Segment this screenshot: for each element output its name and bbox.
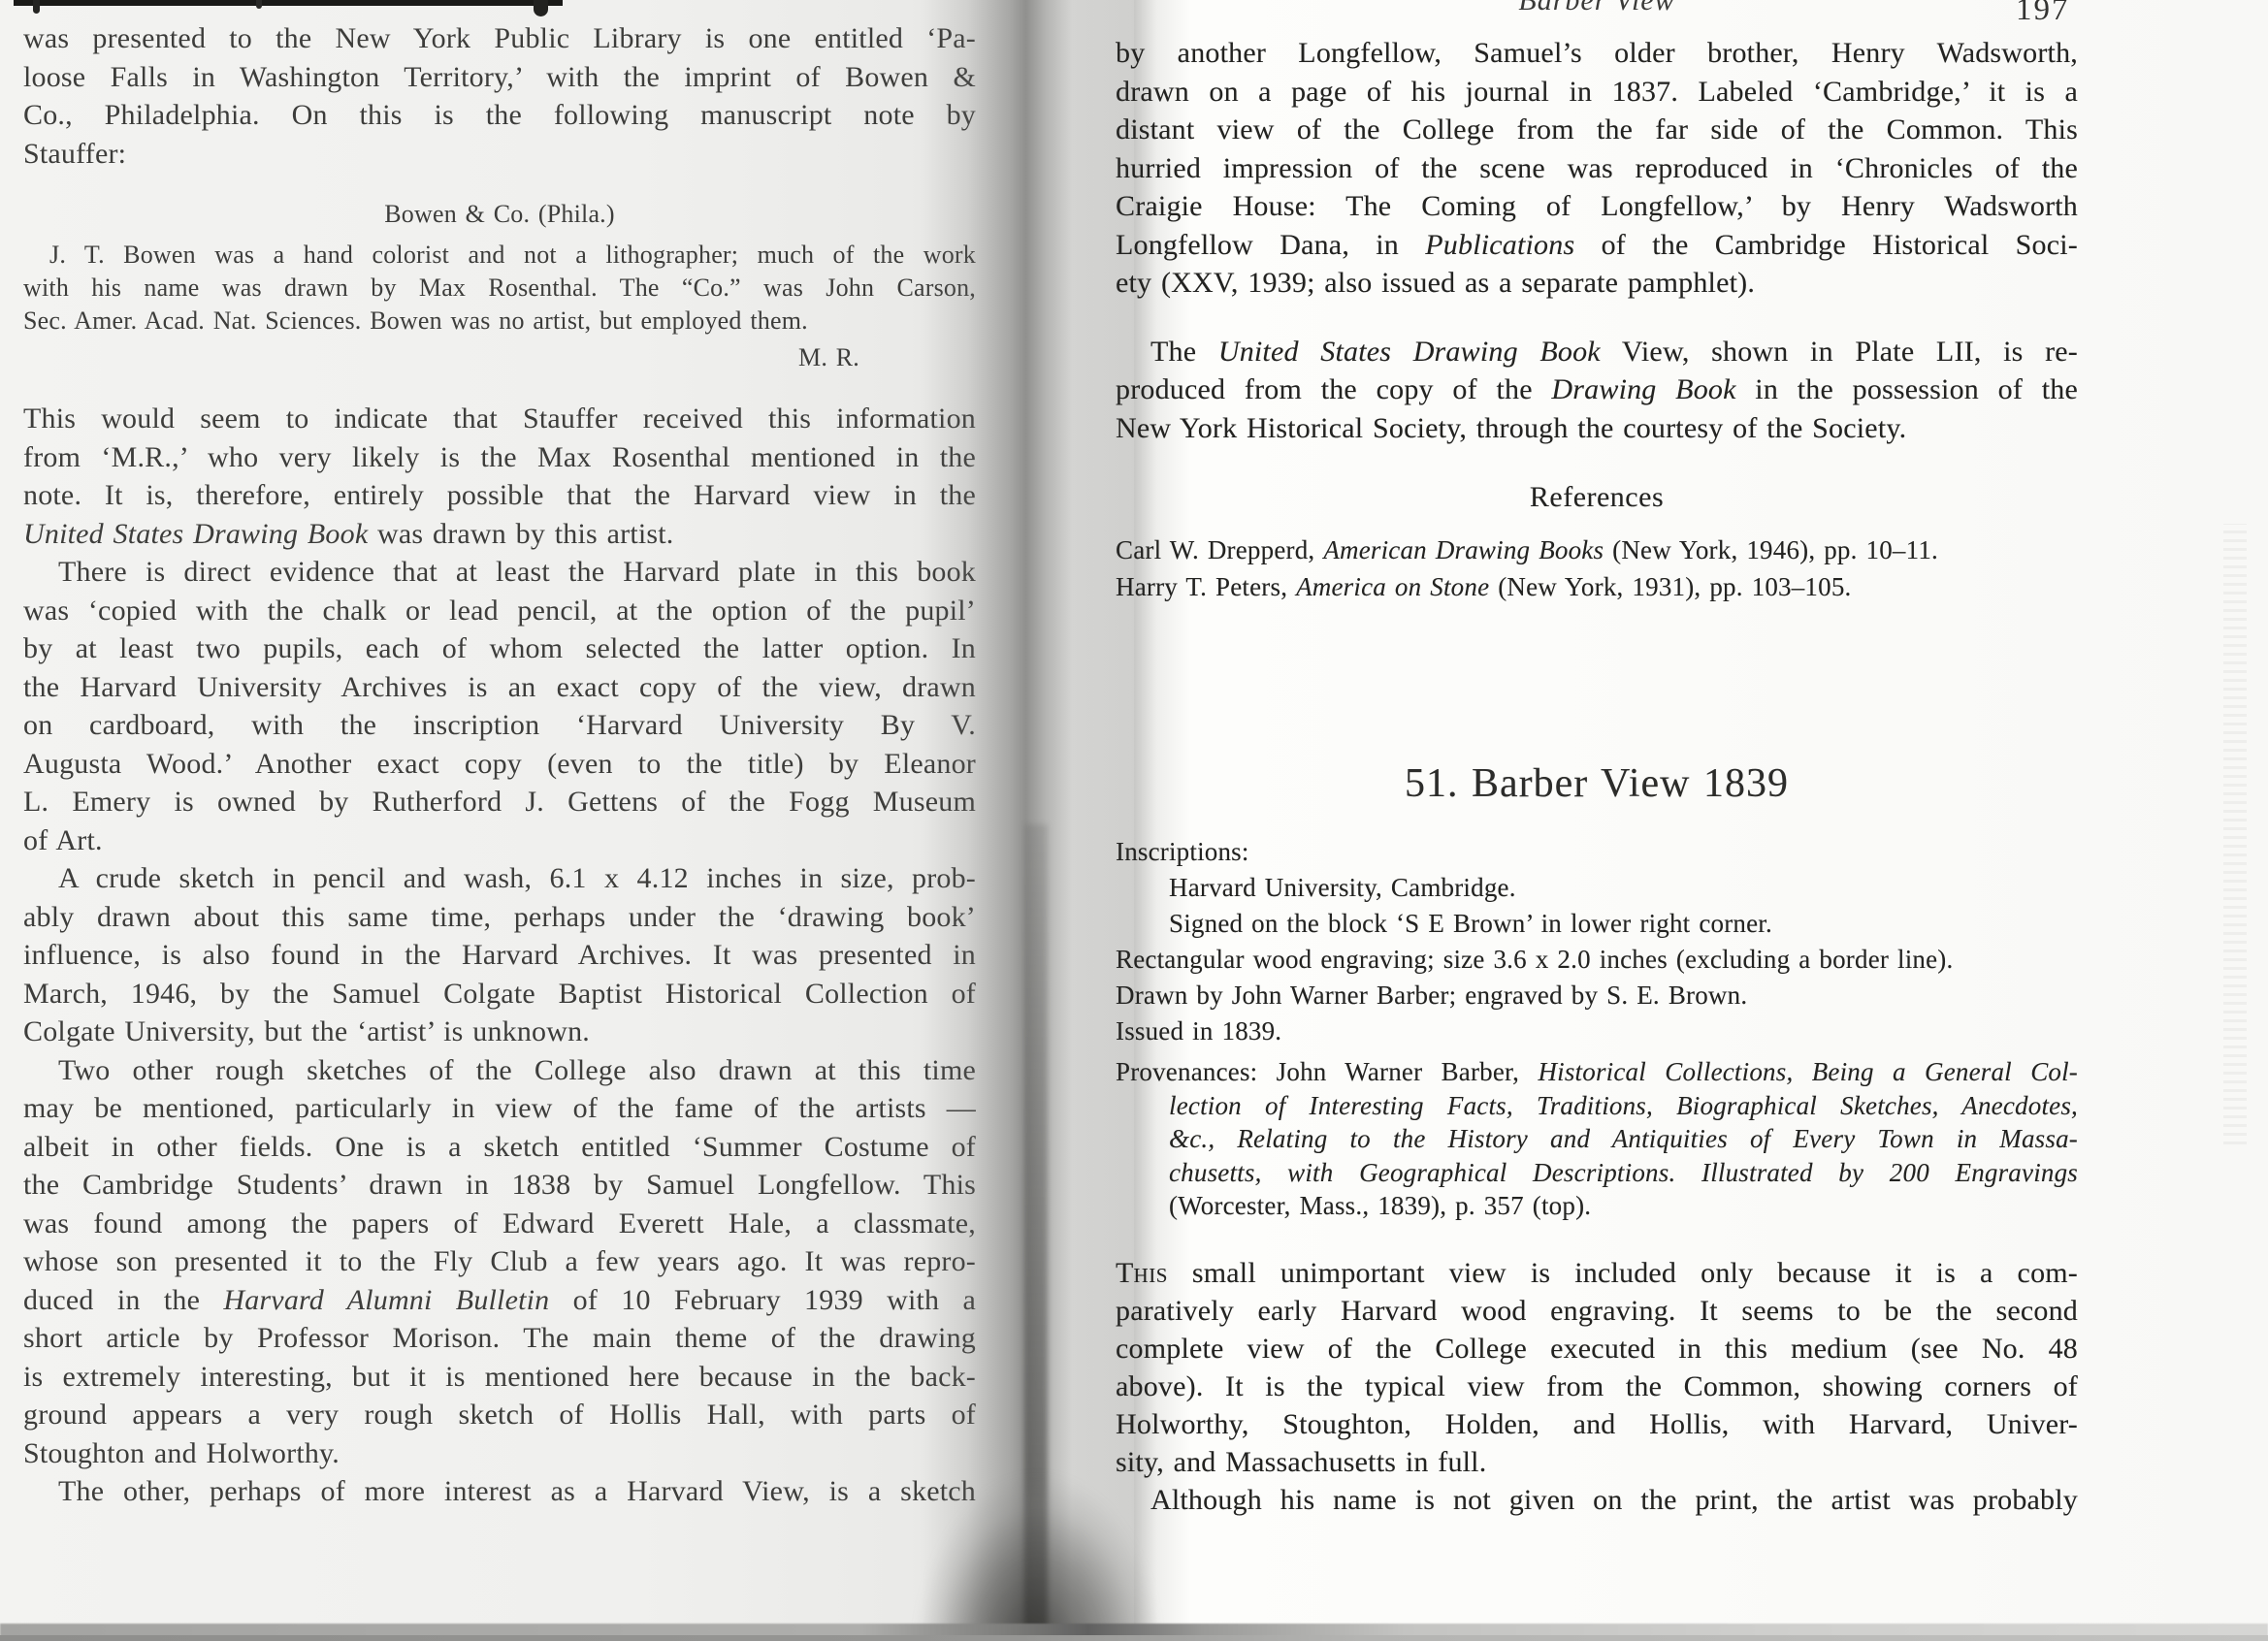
text-line: the Harvard University Archives is an ex… [23, 668, 976, 707]
heading: 51. Barber View 1839 [1116, 758, 2078, 809]
text-line: chusetts, with Geographical Descriptions… [1116, 1156, 2078, 1190]
text-line: Harvard University, Cambridge. [1116, 870, 2078, 906]
text-line: The other, perhaps of more interest as a… [23, 1472, 976, 1511]
text-line: 51. Barber View 1839 [1116, 758, 2078, 809]
text-line: sity, and Massachusetts in full. [1116, 1443, 2078, 1481]
text-line: Provenances: John Warner Barber, Histori… [1116, 1055, 2078, 1089]
text-line: on cardboard, with the inscription ‘Harv… [23, 706, 976, 745]
text-line: Holworthy, Stoughton, Holden, and Hollis… [1116, 1405, 2078, 1443]
paragraph: The United States Drawing Book View, sho… [1116, 333, 2078, 448]
cropped-letter-fragment [256, 0, 262, 9]
text-line: of Art. [23, 821, 976, 860]
text-line: influence, is also found in the Harvard … [23, 936, 976, 975]
text-line: ably drawn about this same time, perhaps… [23, 898, 976, 937]
paragraph: Two other rough sketches of the College … [23, 1051, 976, 1473]
text-line: was found among the papers of Edward Eve… [23, 1205, 976, 1243]
text-line: was ‘copied with the chalk or lead penci… [23, 592, 976, 630]
text-line: Bowen & Co. (Phila.) [23, 198, 976, 231]
text-line: by at least two pupils, each of whom sel… [23, 629, 976, 668]
text-line: United States Drawing Book was drawn by … [23, 515, 976, 554]
right-page-text: by another Longfellow, Samuel’s older br… [1116, 34, 2078, 1519]
text-line: Two other rough sketches of the College … [23, 1051, 976, 1090]
text-line: Longfellow Dana, in Publications of the … [1116, 226, 2078, 265]
paragraph: The other, perhaps of more interest as a… [23, 1472, 976, 1511]
text-line: ety (XXV, 1939; also issued as a separat… [1116, 264, 2078, 303]
text-line: J. T. Bowen was a hand colorist and not … [23, 239, 976, 272]
paragraph: was presented to the New York Public Lib… [23, 19, 976, 173]
cropped-headline-fragment [14, 0, 563, 6]
text-line: above). It is the typical view from the … [1116, 1367, 2078, 1405]
text-line: M. R. [23, 341, 976, 374]
text-line: hurried impression of the scene was repr… [1116, 149, 2078, 188]
cropped-descender-fragment [534, 0, 548, 16]
text-line: was presented to the New York Public Lib… [23, 19, 976, 58]
paragraph: This small unimportant view is included … [1116, 1254, 2078, 1519]
text-line: paratively early Harvard wood engraving.… [1116, 1292, 2078, 1330]
text-line: Co., Philadelphia. On this is the follow… [23, 96, 976, 135]
text-line: Although his name is not given on the pr… [1116, 1481, 2078, 1519]
text-line: Augusta Wood.’ Another exact copy (even … [23, 745, 976, 784]
paragraph: Provenances: John Warner Barber, Histori… [1116, 1055, 2078, 1223]
text-line: lection of Interesting Facts, Traditions… [1116, 1089, 2078, 1123]
paragraph: by another Longfellow, Samuel’s older br… [1116, 34, 2078, 303]
paragraph: J. T. Bowen was a hand colorist and not … [23, 239, 976, 338]
text-line: duced in the Harvard Alumni Bulletin of … [23, 1281, 976, 1320]
page-number: 197 [2016, 0, 2070, 28]
text-line: is extremely interesting, but it is ment… [23, 1358, 976, 1397]
text-line: Rectangular wood engraving; size 3.6 x 2… [1116, 942, 2078, 978]
text-line: There is direct evidence that at least t… [23, 553, 976, 592]
text-line: The United States Drawing Book View, sho… [1116, 333, 2078, 371]
text-line: Signed on the block ‘S E Brown’ in lower… [1116, 906, 2078, 942]
signature: M. R. [23, 341, 976, 374]
paragraph: This would seem to indicate that Stauffe… [23, 400, 976, 553]
text-line: Issued in 1839. [1116, 1014, 2078, 1049]
book-scan-spread: Barber View 197 was presented to the New… [0, 0, 2268, 1641]
paragraph: There is direct evidence that at least t… [23, 553, 976, 859]
heading: References [1116, 480, 2078, 515]
paragraph: Carl W. Drepperd, American Drawing Books… [1116, 531, 2078, 605]
text-line: drawn on a page of his journal in 1837. … [1116, 73, 2078, 112]
text-line: This would seem to indicate that Stauffe… [23, 400, 976, 438]
text-line: Inscriptions: [1116, 834, 2078, 870]
text-line: with his name was drawn by Max Rosenthal… [23, 272, 976, 305]
text-line: by another Longfellow, Samuel’s older br… [1116, 34, 2078, 73]
text-line: complete view of the College executed in… [1116, 1330, 2078, 1367]
text-line: Craigie House: The Coming of Longfellow,… [1116, 187, 2078, 226]
text-line: the Cambridge Students’ drawn in 1838 by… [23, 1166, 976, 1205]
text-line: whose son presented it to the Fly Club a… [23, 1242, 976, 1281]
text-line: may be mentioned, particularly in view o… [23, 1089, 976, 1128]
text-line: References [1116, 480, 2078, 515]
text-line: Harry T. Peters, America on Stone (New Y… [1116, 568, 2078, 605]
text-line: ground appears a very rough sketch of Ho… [23, 1396, 976, 1434]
text-line: March, 1946, by the Samuel Colgate Bapti… [23, 975, 976, 1014]
text-line: New York Historical Society, through the… [1116, 409, 2078, 448]
text-line: This small unimportant view is included … [1116, 1254, 2078, 1292]
paragraph: Inscriptions:Harvard University, Cambrid… [1116, 834, 2078, 1049]
text-line: Stauffer: [23, 135, 976, 174]
text-line: Stoughton and Holworthy. [23, 1434, 976, 1473]
text-line: note. It is, therefore, entirely possibl… [23, 476, 976, 515]
cropped-letter-fragment [33, 0, 40, 14]
text-line: (Worcester, Mass., 1839), p. 357 (top). [1116, 1189, 2078, 1223]
running-head: Barber View [1116, 0, 2078, 17]
text-line: Colgate University, but the ‘artist’ is … [23, 1013, 976, 1051]
text-line: short article by Professor Morison. The … [23, 1319, 976, 1358]
text-line: A crude sketch in pencil and wash, 6.1 x… [23, 859, 976, 898]
text-line: from ‘M.R.,’ who very likely is the Max … [23, 438, 976, 477]
text-line: L. Emery is owned by Rutherford J. Gette… [23, 783, 976, 821]
text-line: Sec. Amer. Acad. Nat. Sciences. Bowen wa… [23, 305, 976, 338]
text-line: distant view of the College from the far… [1116, 111, 2078, 149]
text-line: Carl W. Drepperd, American Drawing Books… [1116, 531, 2078, 568]
left-page-text: was presented to the New York Public Lib… [23, 19, 976, 1511]
text-line: loose Falls in Washington Territory,’ wi… [23, 58, 976, 97]
text-line: albeit in other fields. One is a sketch … [23, 1128, 976, 1167]
text-line: Drawn by John Warner Barber; engraved by… [1116, 978, 2078, 1014]
text-line: &c., Relating to the History and Antiqui… [1116, 1122, 2078, 1156]
text-line: produced from the copy of the Drawing Bo… [1116, 370, 2078, 409]
heading: Bowen & Co. (Phila.) [23, 198, 976, 231]
paragraph: A crude sketch in pencil and wash, 6.1 x… [23, 859, 976, 1051]
